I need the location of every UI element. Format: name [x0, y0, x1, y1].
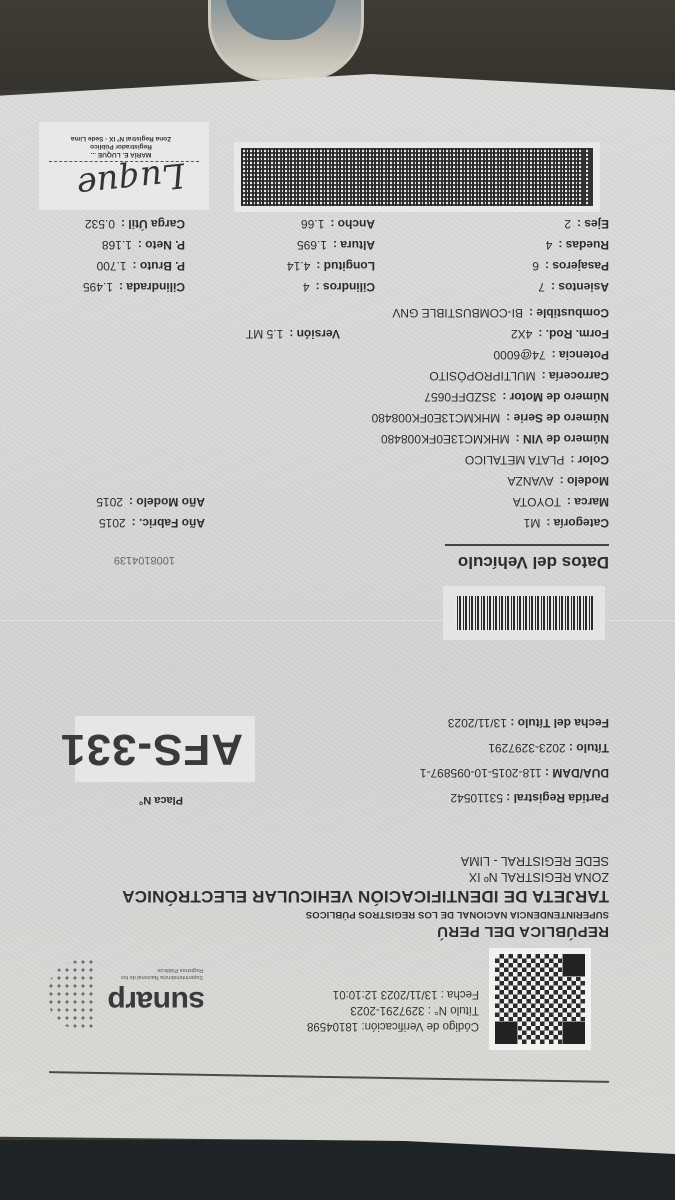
field-value: 3SZDFF0657 — [424, 390, 496, 404]
titulo-number-line: Título N° : 3297291-2023 — [307, 1002, 479, 1018]
field-value: 4 — [303, 280, 310, 294]
document-header: REPÚBLICA DEL PERÚ SUPERINTENDENCIA NACI… — [49, 854, 609, 940]
verification-code-line: Código de Verificación: 18104598 — [307, 1018, 479, 1034]
signature-line — [49, 161, 199, 162]
dua-value: 118-2015-10-095897-1 — [420, 766, 542, 780]
field-label: P. Neto : — [138, 238, 185, 252]
field-value: 7 — [538, 280, 545, 294]
field-modelo: Modelo :AVANZA — [507, 474, 609, 488]
field-altura: Altura :1.695 — [297, 238, 375, 252]
partida-value: 53110542 — [450, 791, 503, 805]
field-value: MHKMC13E0FK008480 — [372, 411, 501, 425]
signature-caption: MARÍA E. LUQUE ... Registrador Público Z… — [43, 134, 199, 158]
field-label: Form. Rod. : — [538, 327, 609, 341]
verification-code-label: Código de Verificación: — [361, 1020, 479, 1032]
field-pasajeros: Pasajeros :6 — [532, 259, 609, 273]
fecha-label: Fecha : — [441, 988, 479, 1000]
field-label: Año Fabric. : — [132, 516, 205, 530]
qr-code — [489, 948, 591, 1050]
field-label: Modelo : — [560, 474, 609, 488]
registrador-cargo: Registrador Público — [43, 142, 199, 150]
field-cilindrada: Cilindrada :1.495 — [83, 280, 185, 294]
field-ano-modelo: Año Modelo :2015 — [96, 495, 205, 509]
tive-document: Código de Verificación: 18104598 Título … — [0, 0, 675, 1200]
field-value: 1.66 — [301, 217, 324, 231]
field-ruedas: Ruedas :4 — [546, 238, 609, 252]
dua-label: DUA/DAM : — [545, 766, 609, 780]
zona-registral: ZONA REGISTRAL Nº IX — [49, 870, 609, 884]
field-label: Número de VIN : — [516, 432, 609, 446]
field-value: 0.532 — [85, 217, 115, 231]
titulo-row: Título : 2023-3297291 — [420, 735, 609, 760]
field-label: Carga Útil : — [121, 217, 185, 231]
titulo-label: Título : — [569, 741, 609, 755]
field-value: MHKMC13E0FK008480 — [381, 432, 510, 446]
field-categoria: Categoría :M1 — [524, 516, 609, 530]
field-value: TOYOTA — [513, 495, 561, 509]
datos-vehiculo-code: 1008104139 — [114, 554, 175, 566]
partida-label: Partida Registral : — [506, 791, 609, 805]
field-p-neto: P. Neto :1.168 — [102, 238, 185, 252]
field-color: Color :PLATA METALICO — [465, 453, 609, 467]
field-value: 4X2 — [511, 327, 532, 341]
field-serie: Número de Serie :MHKMC13E0FK008480 — [372, 411, 609, 425]
field-version: Versión :1.5 MT — [246, 327, 340, 341]
field-value: 1.700 — [97, 259, 127, 273]
field-label: Versión : — [289, 327, 340, 341]
field-label: Ejes : — [577, 217, 609, 231]
registrador-zona: Zona Registral Nº IX - Sede Lima — [43, 134, 199, 142]
top-rule — [49, 1071, 609, 1083]
field-label: Ancho : — [330, 217, 375, 231]
verification-code: 18104598 — [307, 1020, 358, 1032]
field-p-bruto: P. Bruto :1.700 — [97, 259, 185, 273]
field-vin: Número de VIN :MHKMC13E0FK008480 — [381, 432, 609, 446]
field-label: Pasajeros : — [545, 259, 609, 273]
field-motor: Número de Motor :3SZDFF0657 — [424, 390, 609, 404]
datos-vehiculo-title: Datos del Vehículo — [458, 552, 609, 572]
titulo-number: 3297291-2023 — [350, 1004, 424, 1016]
field-value: 4 — [546, 238, 553, 252]
sede-registral: SEDE REGISTRAL - LIMA — [49, 854, 609, 868]
field-label: Ruedas : — [558, 238, 609, 252]
field-ejes: Ejes :2 — [564, 217, 609, 231]
field-value: AVANZA — [507, 474, 553, 488]
field-value: 2 — [564, 217, 571, 231]
sunarp-logo-subtitle: Superintendencia Nacional de los Registr… — [103, 966, 203, 980]
field-value: 1.695 — [297, 238, 327, 252]
field-label: Cilindrada : — [119, 280, 185, 294]
field-form-rod: Form. Rod. :4X2 — [511, 327, 609, 341]
fecha-titulo-value: 13/11/2023 — [448, 716, 507, 730]
field-marca: Marca :TOYOTA — [513, 495, 609, 509]
field-value: PLATA METALICO — [465, 453, 564, 467]
field-value: 2015 — [96, 495, 123, 509]
field-label: Combustible : — [529, 306, 609, 320]
field-label: P. Bruto : — [133, 259, 185, 273]
fecha-titulo-label: Fecha del Título : — [510, 716, 609, 730]
field-label: Color : — [570, 453, 609, 467]
field-label: Carrocería : — [542, 369, 609, 383]
field-label: Potencia : — [552, 348, 609, 362]
registrador-name: MARÍA E. LUQUE ... — [43, 150, 199, 158]
verification-block: Código de Verificación: 18104598 Título … — [307, 986, 479, 1034]
field-value: 4.14 — [287, 259, 310, 273]
fecha-value: 13/11/2023 12:10:01 — [333, 988, 438, 1000]
field-combustible: Combustible :BI-COMBUSTIBLE GNV — [392, 306, 609, 320]
fecha-titulo-row: Fecha del Título : 13/11/2023 — [420, 710, 609, 735]
field-potencia: Potencia :74@6000 — [493, 348, 609, 362]
sunarp-logo: sunarp Superintendencia Nacional de los … — [55, 950, 205, 1030]
field-value: 6 — [532, 259, 539, 273]
partida-row: Partida Registral : 53110542 — [420, 785, 609, 810]
placa-number: AFS-331 — [60, 724, 243, 774]
placa-label: Placa N° — [139, 794, 183, 806]
field-value: 74@6000 — [493, 348, 545, 362]
sunarp-logo-text: sunarp — [108, 984, 205, 1018]
field-value: BI-COMBUSTIBLE GNV — [392, 306, 523, 320]
field-value: 1.495 — [83, 280, 113, 294]
field-value: M1 — [524, 516, 541, 530]
titulo-value: 2023-3297291 — [488, 741, 565, 755]
linear-barcode — [455, 596, 593, 630]
field-label: Año Modelo : — [129, 495, 205, 509]
field-ano-fabric: Año Fabric. :2015 — [99, 516, 205, 530]
titulo-number-label: Título N° : — [428, 1004, 479, 1016]
field-label: Número de Motor : — [502, 390, 609, 404]
datos-vehiculo-rule — [445, 544, 609, 546]
qr-code-pattern — [495, 954, 585, 1044]
field-label: Marca : — [567, 495, 609, 509]
field-label: Altura : — [333, 238, 375, 252]
field-carroceria: Carrocería :MULTIPROPÓSITO — [429, 369, 609, 383]
pdf417-barcode — [241, 148, 593, 206]
field-label: Número de Serie : — [506, 411, 609, 425]
field-label: Asientos : — [551, 280, 609, 294]
document-title: TARJETA DE IDENTIFICACIÓN VEHICULAR ELEC… — [49, 886, 609, 906]
fecha-line: Fecha : 13/11/2023 12:10:01 — [307, 986, 479, 1002]
field-value: 2015 — [99, 516, 126, 530]
field-label: Categoría : — [546, 516, 609, 530]
registro-block: Partida Registral : 53110542 DUA/DAM : 1… — [420, 710, 609, 810]
field-ancho: Ancho :1.66 — [301, 217, 375, 231]
field-longitud: Longitud :4.14 — [287, 259, 375, 273]
superintendencia-heading: SUPERINTENDENCIA NACIONAL DE LOS REGISTR… — [49, 909, 609, 920]
field-carga-util: Carga Útil :0.532 — [85, 217, 185, 231]
field-value: MULTIPROPÓSITO — [429, 369, 535, 383]
dua-row: DUA/DAM : 118-2015-10-095897-1 — [420, 760, 609, 785]
field-label: Longitud : — [316, 259, 375, 273]
field-cilindros: Cilindros :4 — [303, 280, 375, 294]
field-value: 1.168 — [102, 238, 132, 252]
field-label: Cilindros : — [316, 280, 375, 294]
field-value: 1.5 MT — [246, 327, 283, 341]
republica-heading: REPÚBLICA DEL PERÚ — [49, 923, 609, 940]
sunarp-sun-icon — [47, 960, 95, 1030]
field-asientos: Asientos :7 — [538, 280, 609, 294]
